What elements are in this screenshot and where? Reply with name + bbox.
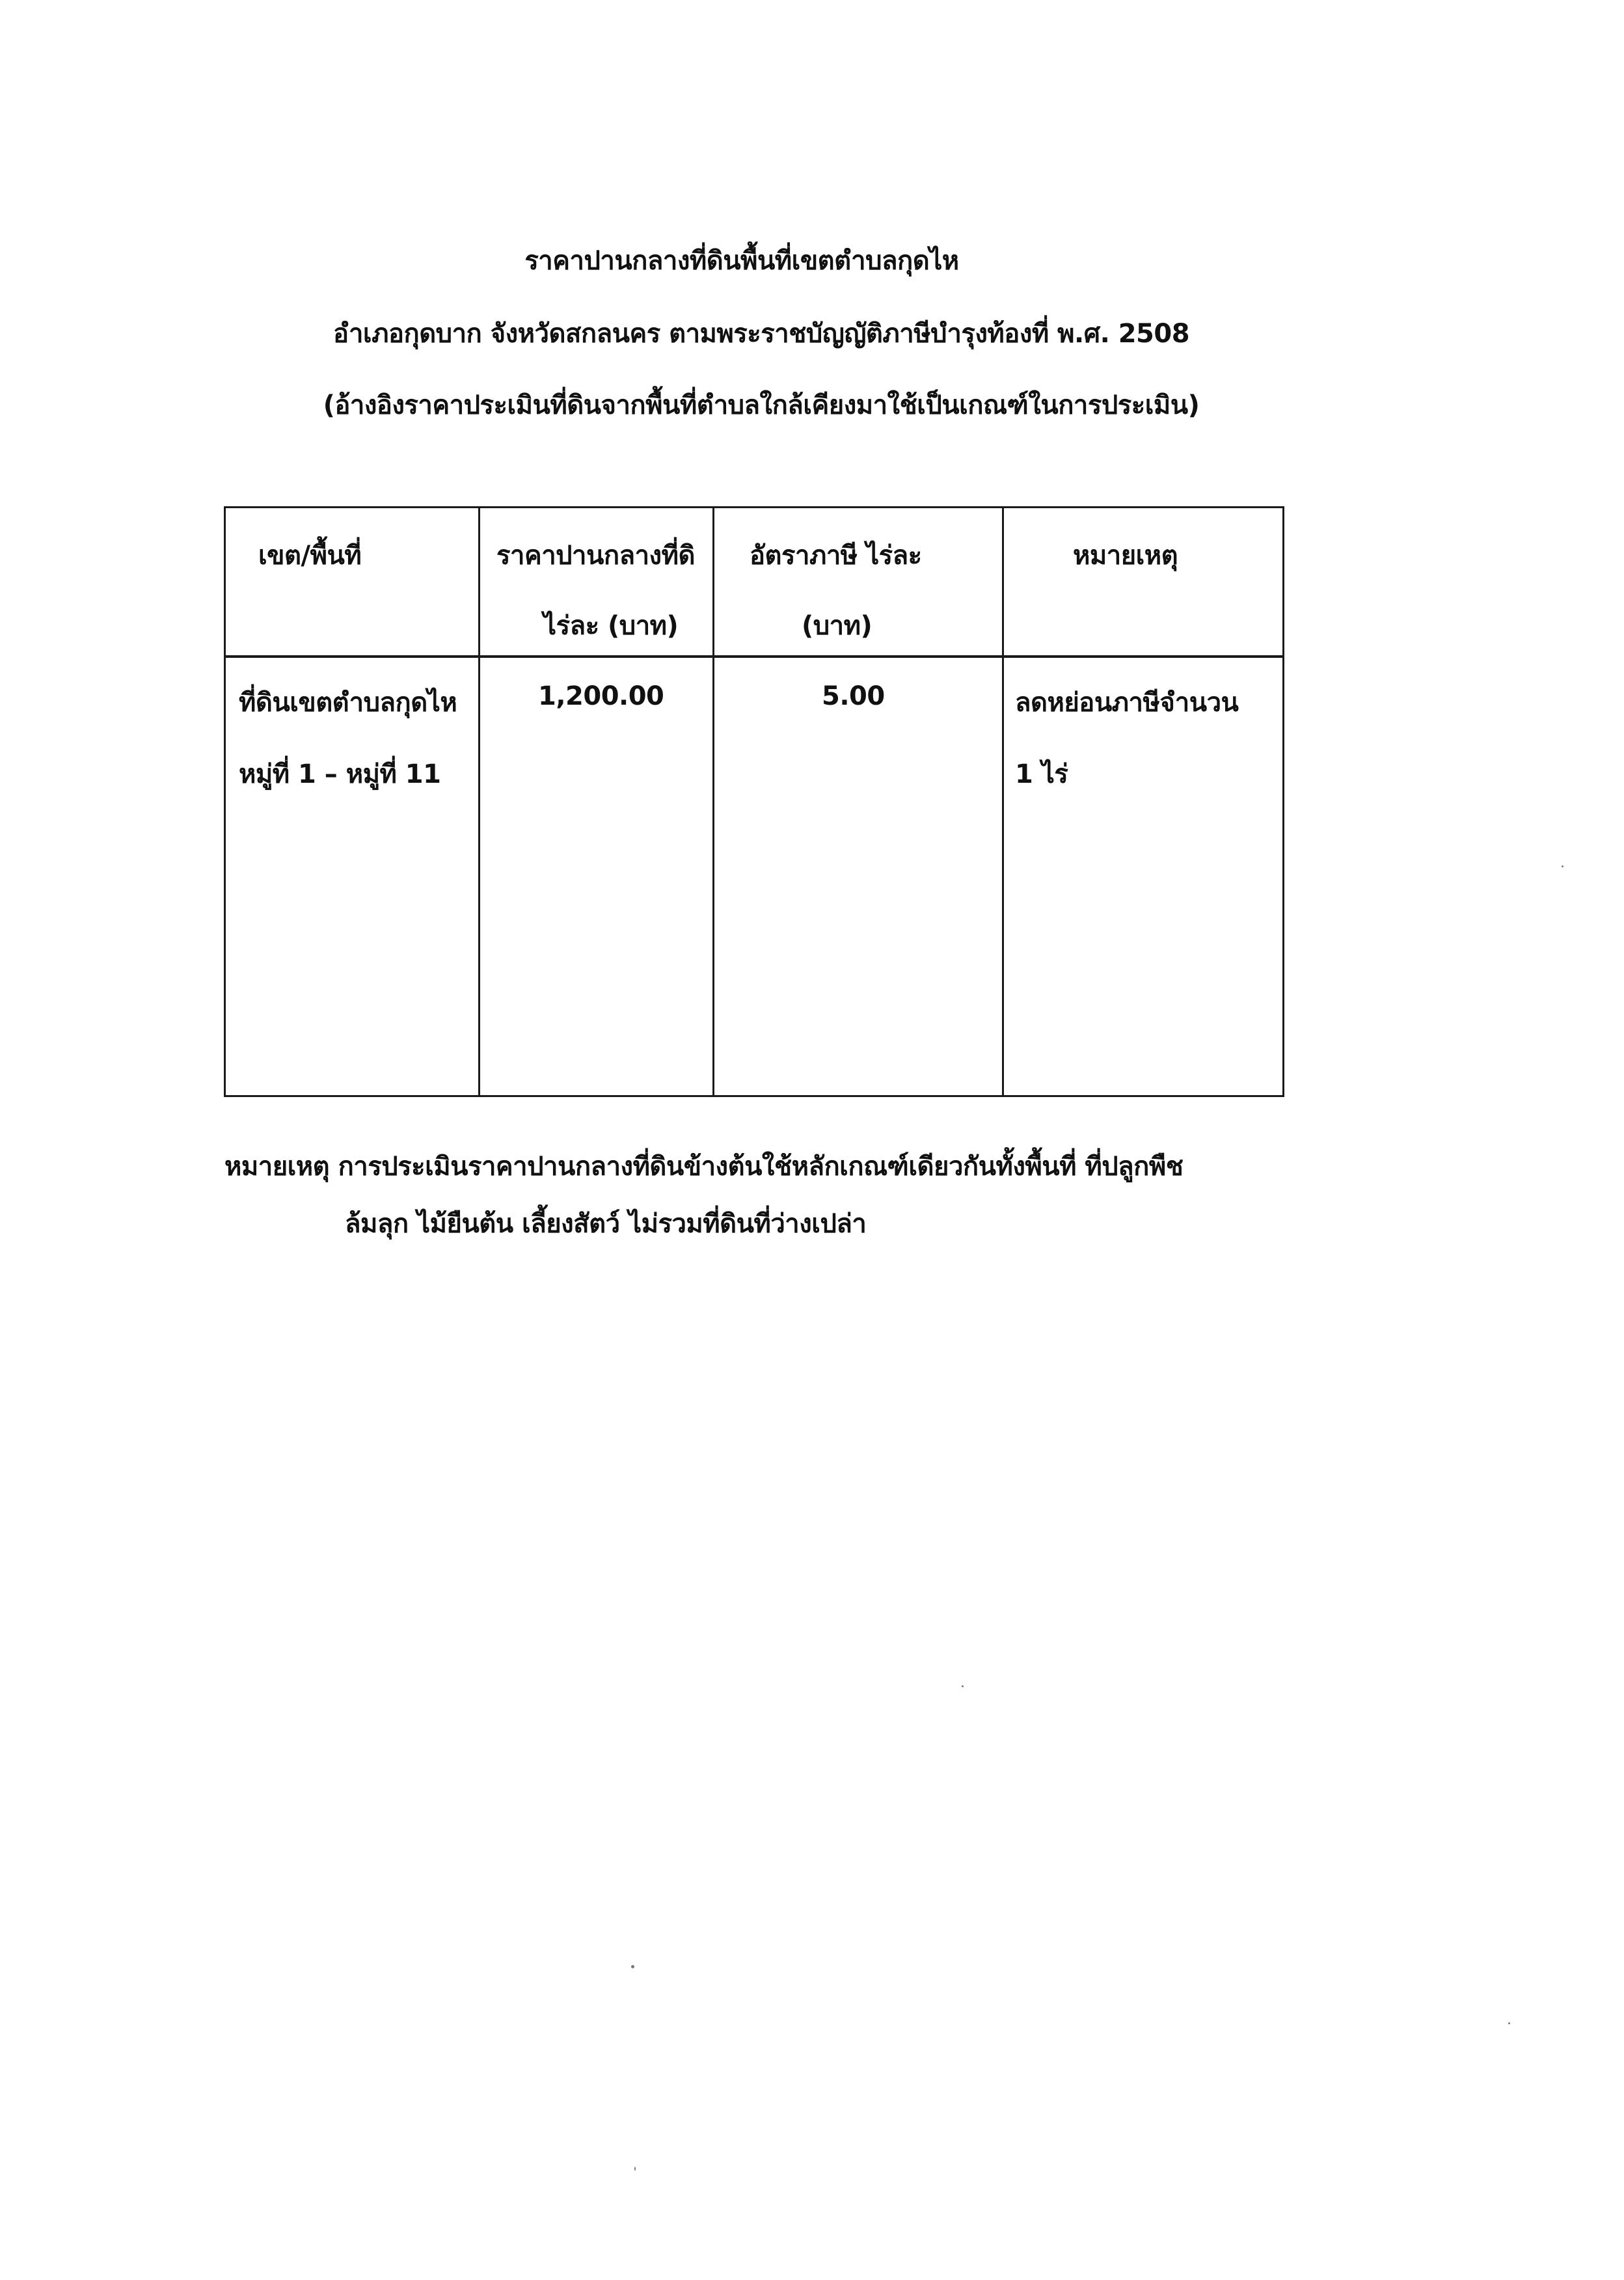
header-tax-unit: (บาท): [802, 604, 872, 646]
header-area: เขต/พื้นที่: [258, 534, 361, 576]
document-subtitle: อำเภอกุดบาก จังหวัดสกลนคร ตามพระราชบัญญั…: [0, 312, 1522, 354]
row-remark-line1: ลดหย่อนภาษีจำนวน: [1015, 681, 1238, 723]
column-divider: [478, 508, 480, 1095]
footnote-line2: ล้มลุก ไม้ยืนต้น เลี้ยงสัตว์ ไม่รวมที่ดิ…: [345, 1202, 866, 1244]
scan-speck: [634, 2167, 636, 2171]
document-title: ราคาปานกลางที่ดินพื้นที่เขตตำบลกุดไห: [0, 239, 1483, 281]
document-reference-note: (อ้างอิงราคาประเมินที่ดินจากพื้นที่ตำบลใ…: [0, 384, 1522, 426]
document-page: ราคาปานกลางที่ดินพื้นที่เขตตำบลกุดไห อำเ…: [0, 0, 1624, 2280]
header-remark: หมายเหตุ: [1073, 534, 1178, 576]
scan-speck: [1562, 865, 1563, 867]
column-divider: [712, 508, 714, 1095]
row-price-per-rai: 1,200.00: [538, 681, 664, 711]
row-area-line1: ที่ดินเขตตำบลกุดไห: [239, 681, 457, 723]
header-divider: [226, 655, 1282, 658]
row-tax-rate: 5.00: [822, 681, 885, 711]
header-price-unit: ไร่ละ (บาท): [543, 604, 678, 646]
scan-speck: [631, 1965, 634, 1968]
scan-speck: [962, 1685, 964, 1687]
row-area-line2: หมู่ที่ 1 – หมู่ที่ 11: [239, 753, 440, 794]
footnote-line1: หมายเหตุ การประเมินราคาปานกลางที่ดินข้าง…: [224, 1145, 1183, 1187]
row-remark-line2: 1 ไร่: [1015, 753, 1068, 794]
scan-speck: [1508, 2022, 1510, 2024]
column-divider: [1002, 508, 1004, 1095]
header-tax-rate: อัตราภาษี ไร่ละ: [750, 534, 922, 576]
land-price-table: เขต/พื้นที่ ราคาปานกลางที่ดิ ไร่ละ (บาท)…: [224, 506, 1284, 1097]
header-price: ราคาปานกลางที่ดิ: [496, 534, 710, 576]
